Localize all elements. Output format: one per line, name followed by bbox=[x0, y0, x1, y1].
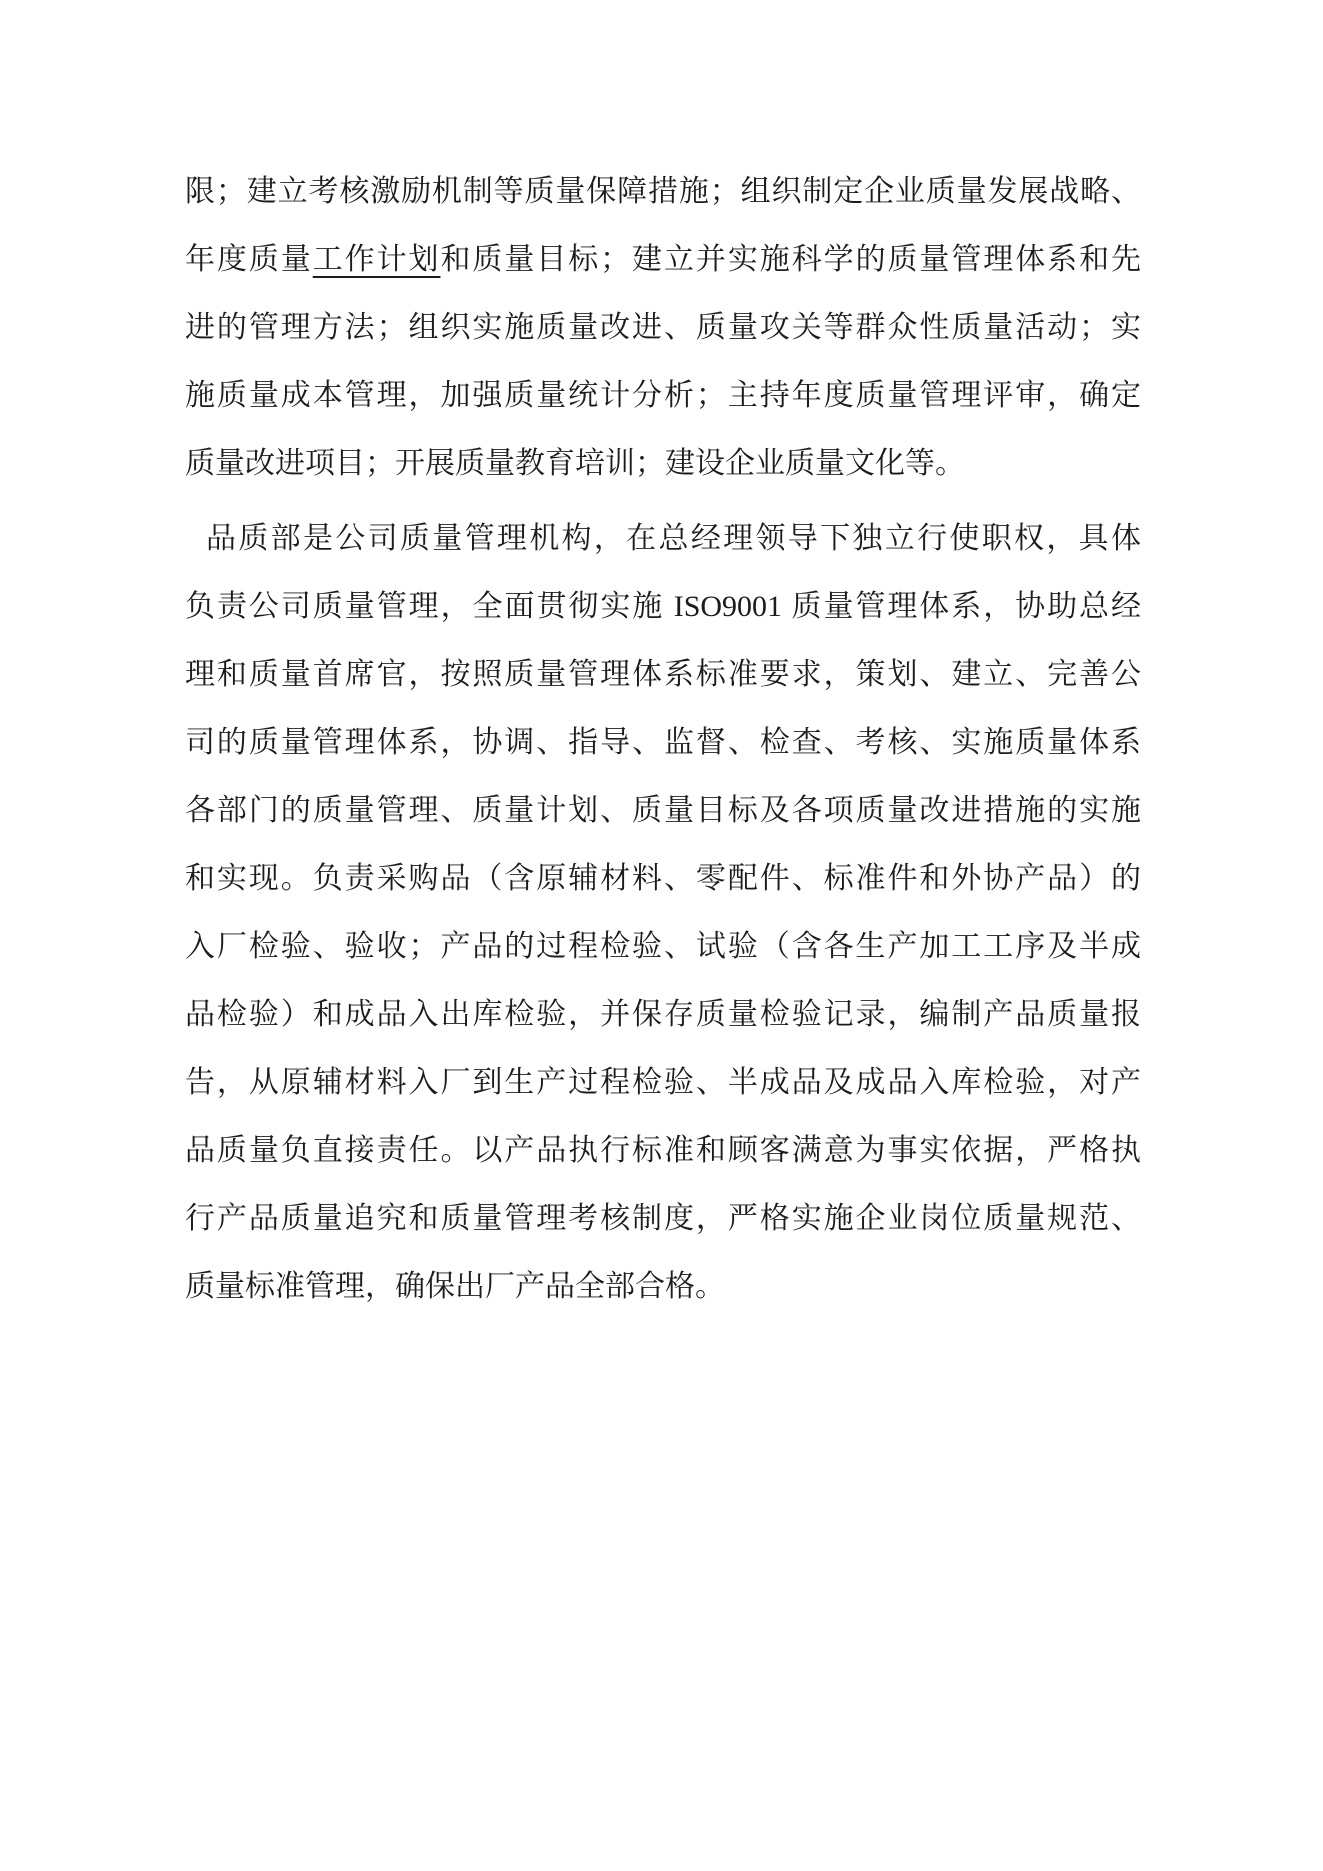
text-segment: 质量标准管理，确保出厂产品全部合格。 bbox=[185, 1270, 725, 1303]
text-line: 告，从原辅材料入厂到生产过程检验、半成品及成品入库检验，对产 bbox=[185, 1049, 1141, 1117]
text-segment: 理和质量首席官，按照质量管理体系标准要求，策划、建立、完善公 bbox=[185, 658, 1141, 691]
document-page: 限；建立考核激励机制等质量保障措施；组织制定企业质量发展战略、年度质量工作计划和… bbox=[0, 0, 1323, 1871]
paragraph-quality-duties: 限；建立考核激励机制等质量保障措施；组织制定企业质量发展战略、年度质量工作计划和… bbox=[185, 158, 1141, 498]
text-segment: 和质量目标；建立并实施科学的质量管理体系和先 bbox=[440, 243, 1141, 276]
text-line: 各部门的质量管理、质量计划、质量目标及各项质量改进措施的实施 bbox=[185, 777, 1141, 845]
paragraph-quality-department: 品质部是公司质量管理机构，在总经理领导下独立行使职权，具体负责公司质量管理，全面… bbox=[185, 505, 1141, 1321]
text-line: 行产品质量追究和质量管理考核制度，严格实施企业岗位质量规范、 bbox=[185, 1185, 1141, 1253]
text-segment: 负责公司质量管理，全面贯彻实施 ISO9001 质量管理体系，协助总经 bbox=[185, 590, 1141, 623]
text-line: 施质量成本管理，加强质量统计分析；主持年度质量管理评审，确定 bbox=[185, 362, 1141, 430]
text-segment: 施质量成本管理，加强质量统计分析；主持年度质量管理评审，确定 bbox=[185, 379, 1141, 412]
text-segment: 司的质量管理体系，协调、指导、监督、检查、考核、实施质量体系 bbox=[185, 726, 1141, 759]
text-line: 质量标准管理，确保出厂产品全部合格。 bbox=[185, 1253, 1141, 1321]
text-line: 入厂检验、验收；产品的过程检验、试验（含各生产加工工序及半成 bbox=[185, 913, 1141, 981]
text-line: 理和质量首席官，按照质量管理体系标准要求，策划、建立、完善公 bbox=[185, 641, 1141, 709]
text-segment: 品质量负直接责任。以产品执行标准和顾客满意为事实依据，严格执 bbox=[185, 1134, 1141, 1167]
text-segment: 入厂检验、验收；产品的过程检验、试验（含各生产加工工序及半成 bbox=[185, 930, 1141, 963]
text-line: 品检验）和成品入出库检验，并保存质量检验记录，编制产品质量报 bbox=[185, 981, 1141, 1049]
text-segment: 告，从原辅材料入厂到生产过程检验、半成品及成品入库检验，对产 bbox=[185, 1066, 1141, 1099]
text-segment: 品质部是公司质量管理机构，在总经理领导下独立行使职权，具体 bbox=[206, 522, 1141, 555]
text-line: 年度质量工作计划和质量目标；建立并实施科学的质量管理体系和先 bbox=[185, 226, 1141, 294]
text-segment: 质量改进项目；开展质量教育培训；建设企业质量文化等。 bbox=[185, 447, 965, 480]
text-segment: 和实现。负责采购品（含原辅材料、零配件、标准件和外协产品）的 bbox=[185, 862, 1141, 895]
text-line: 进的管理方法；组织实施质量改进、质量攻关等群众性质量活动；实 bbox=[185, 294, 1141, 362]
text-segment: 品检验）和成品入出库检验，并保存质量检验记录，编制产品质量报 bbox=[185, 998, 1141, 1031]
text-line: 负责公司质量管理，全面贯彻实施 ISO9001 质量管理体系，协助总经 bbox=[185, 573, 1141, 641]
text-segment: 年度质量 bbox=[185, 243, 313, 276]
underlined-text: 工作计划 bbox=[313, 243, 441, 276]
text-segment: 行产品质量追究和质量管理考核制度，严格实施企业岗位质量规范、 bbox=[185, 1202, 1141, 1235]
text-segment: 各部门的质量管理、质量计划、质量目标及各项质量改进措施的实施 bbox=[185, 794, 1141, 827]
document-body: 限；建立考核激励机制等质量保障措施；组织制定企业质量发展战略、年度质量工作计划和… bbox=[185, 158, 1141, 1321]
text-line: 司的质量管理体系，协调、指导、监督、检查、考核、实施质量体系 bbox=[185, 709, 1141, 777]
text-line: 品质部是公司质量管理机构，在总经理领导下独立行使职权，具体 bbox=[185, 505, 1141, 573]
text-line: 限；建立考核激励机制等质量保障措施；组织制定企业质量发展战略、 bbox=[185, 158, 1141, 226]
text-line: 质量改进项目；开展质量教育培训；建设企业质量文化等。 bbox=[185, 430, 1141, 498]
text-segment: 限；建立考核激励机制等质量保障措施；组织制定企业质量发展战略、 bbox=[185, 175, 1141, 208]
text-line: 和实现。负责采购品（含原辅材料、零配件、标准件和外协产品）的 bbox=[185, 845, 1141, 913]
text-line: 品质量负直接责任。以产品执行标准和顾客满意为事实依据，严格执 bbox=[185, 1117, 1141, 1185]
text-segment: 进的管理方法；组织实施质量改进、质量攻关等群众性质量活动；实 bbox=[185, 311, 1141, 344]
